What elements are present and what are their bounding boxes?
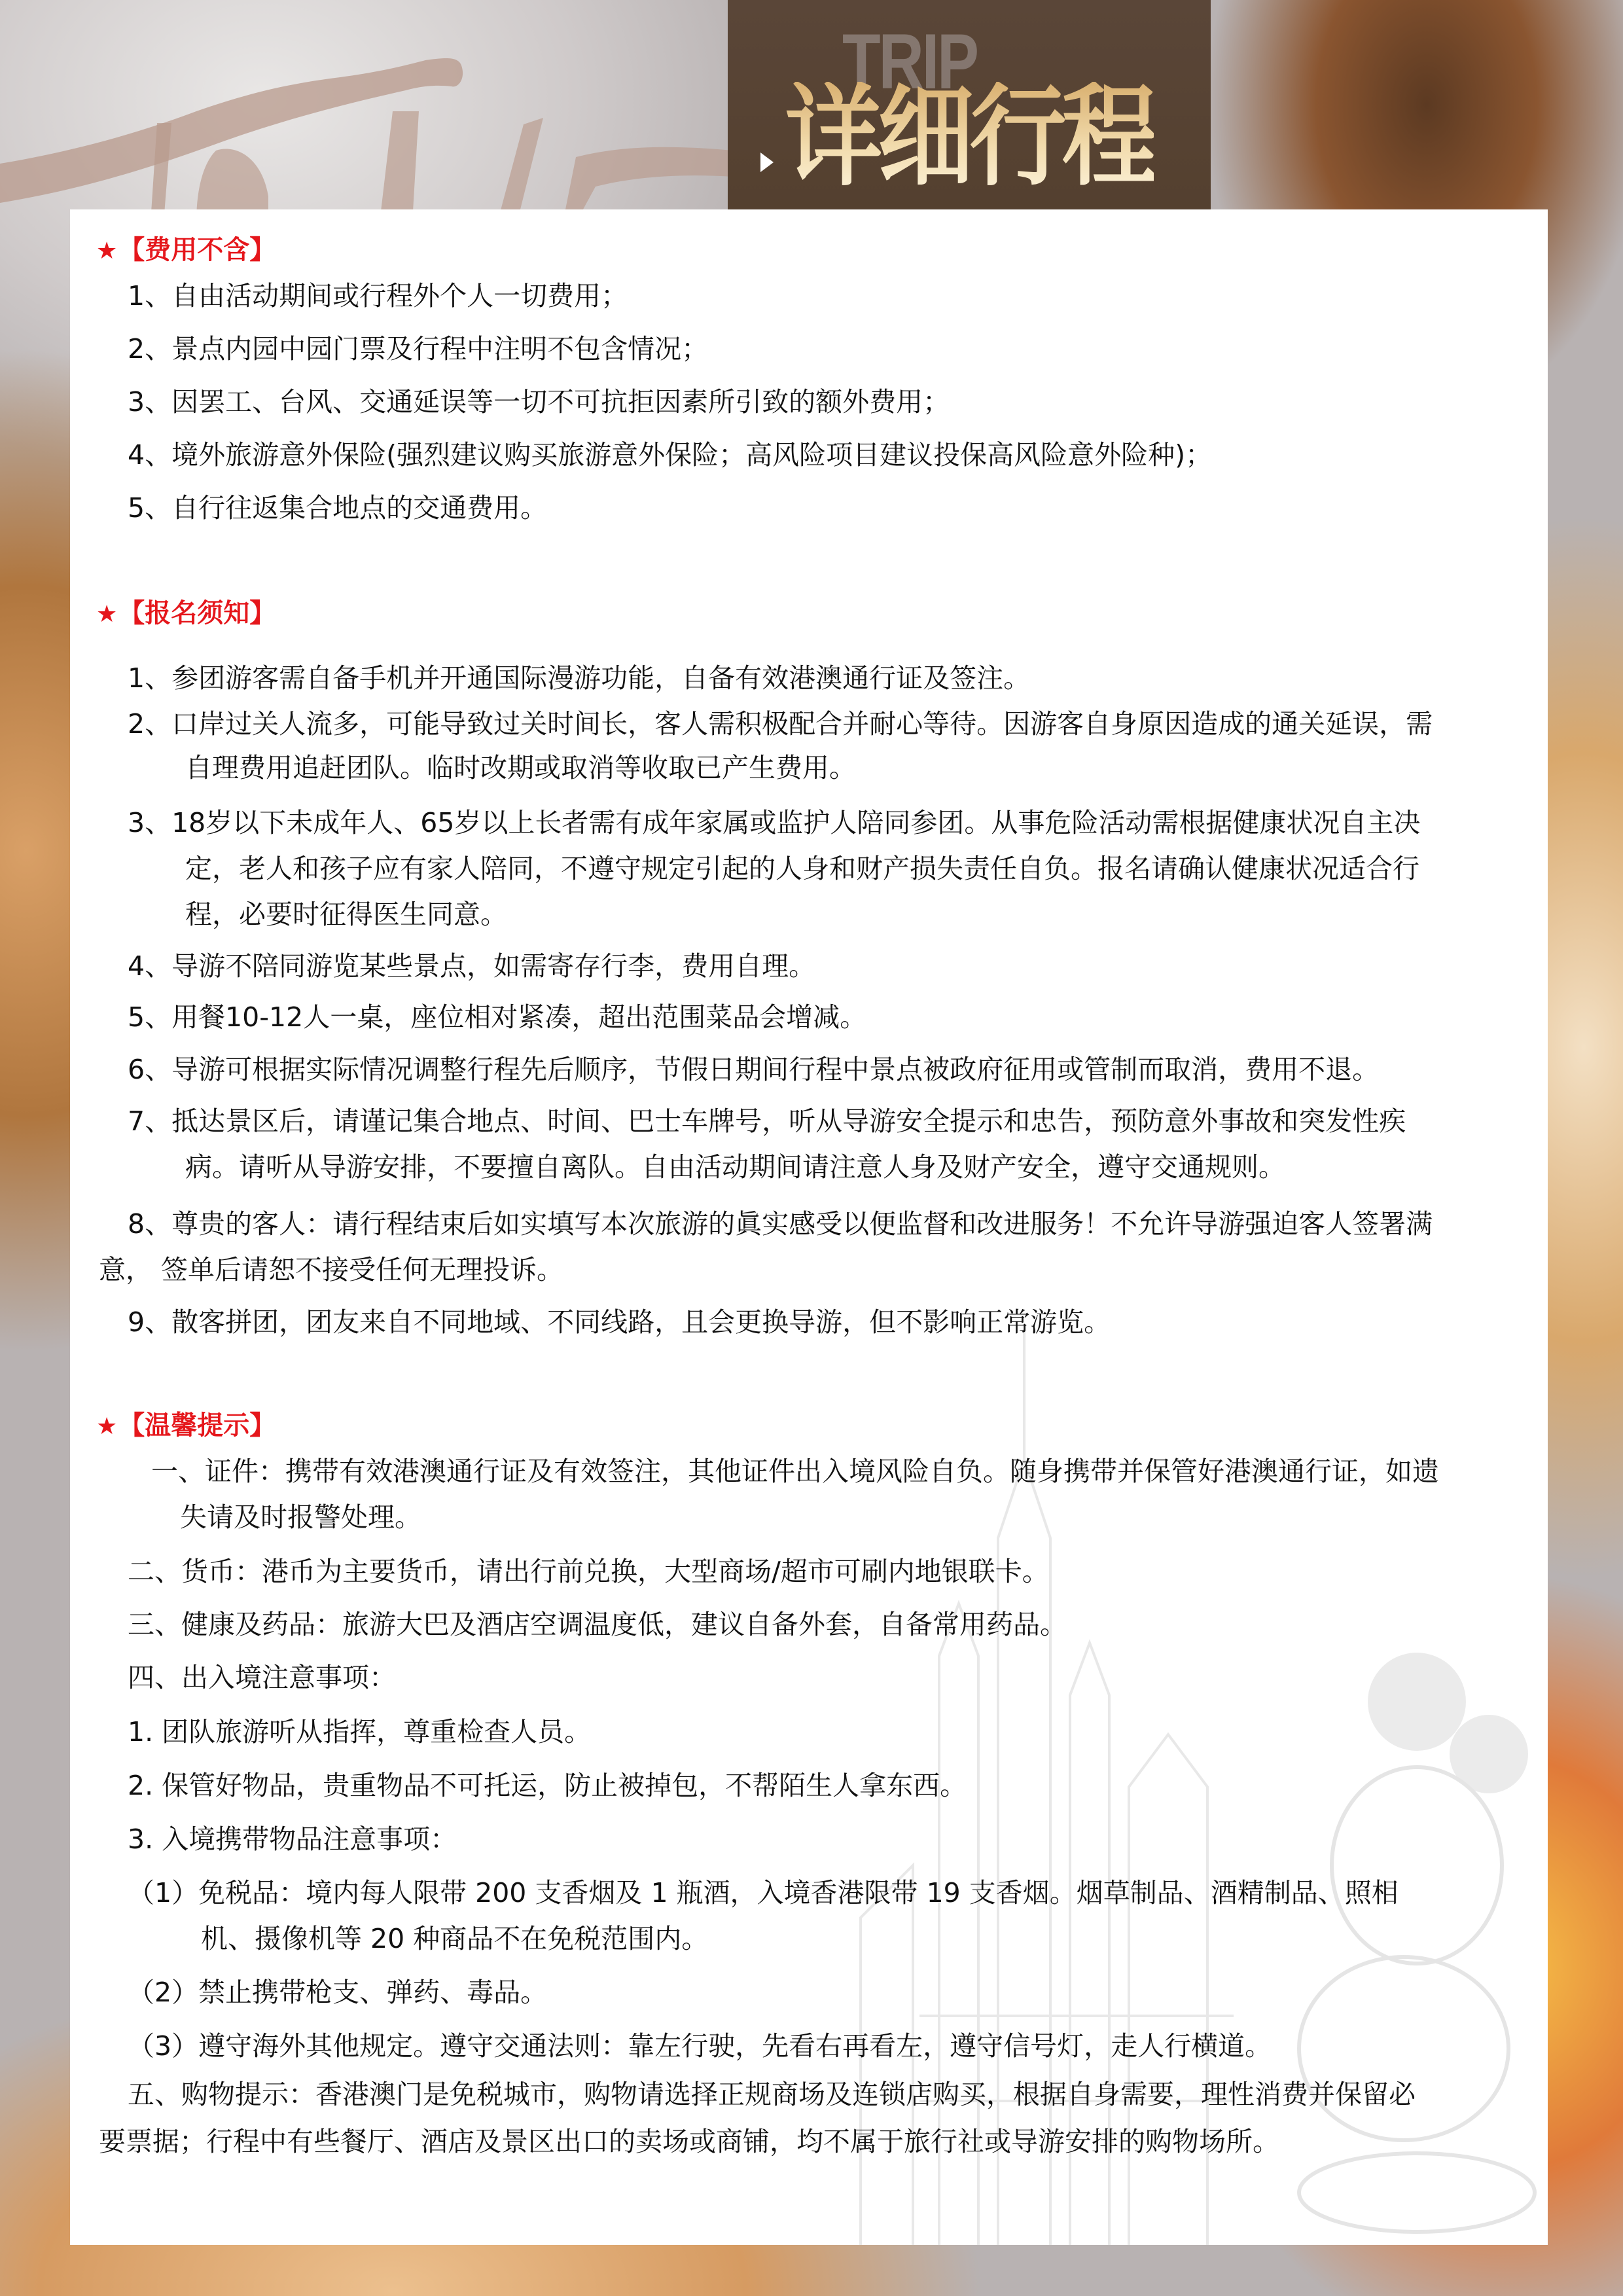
content-panel: ★【费用不含】 1、自由活动期间或行程外个人一切费用； 2、景点内园中园门票及行… — [70, 209, 1548, 2245]
list-item: 二、货币：港币为主要货币，请出行前兑换，大型商场/超市可刷内地银联卡。 — [128, 1558, 1049, 1585]
page-title: 详细行程 — [785, 82, 1154, 192]
list-item: 3. 入境携带物品注意事项： — [128, 1826, 457, 1853]
list-item-continuation: 失请及时报警处理。 — [180, 1504, 421, 1531]
list-item: 4、境外旅游意外保险(强烈建议购买旅游意外保险；高风险项目建议投保高风险意外险种… — [128, 442, 1212, 469]
list-item-continuation: 定，老人和孩子应有家人陪同，不遵守规定引起的人身和财产损失责任自负。报名请确认健… — [185, 855, 1419, 882]
list-item: 2、景点内园中园门票及行程中注明不包含情况； — [128, 336, 708, 363]
list-item-continuation: 意， 签单后请恕不接受任何无理投诉。 — [99, 1257, 563, 1283]
list-item: 6、导游可根据实际情况调整行程先后顺序，节假日期间行程中景点被政府征用或管制而取… — [128, 1056, 1379, 1083]
list-item: 5、用餐10-12人一桌，座位相对紧凑，超出范围菜品会增减。 — [128, 1004, 866, 1031]
play-triangle-icon — [760, 152, 774, 172]
star-icon: ★ — [96, 1413, 117, 1440]
header-banner: TRIP 详细行程 — [728, 0, 1211, 209]
list-item: （1）免税品：境内每人限带 200 支香烟及 1 瓶酒，入境香港限带 19 支香… — [128, 1880, 1399, 1907]
list-item: 1. 团队旅游听从指挥，尊重检查人员。 — [128, 1719, 591, 1746]
list-item: 四、出入境注意事项： — [128, 1664, 396, 1691]
list-item: 三、健康及药品：旅游大巴及酒店空调温度低，建议自备外套，自备常用药品。 — [128, 1611, 1067, 1638]
list-item: 2、口岸过关人流多，可能导致过关时间长，客人需积极配合并耐心等待。因游客自身原因… — [128, 711, 1433, 738]
section-title-friendly-tips: ★【温馨提示】 — [96, 1405, 276, 1442]
list-item: 1、参团游客需自备手机并开通国际漫游功能，自备有效港澳通行证及签注。 — [128, 665, 1030, 692]
list-item: 1、自由活动期间或行程外个人一切费用； — [128, 283, 628, 310]
list-item: 4、导游不陪同游览某些景点，如需寄存行李，费用自理。 — [128, 953, 815, 980]
list-item: 2. 保管好物品，贵重物品不可托运，防止被掉包，不帮陌生人拿东西。 — [128, 1772, 967, 1799]
list-item: 五、购物提示：香港澳门是免税城市，购物请选择正规商场及连锁店购买，根据自身需要，… — [128, 2081, 1416, 2108]
list-item: 3、18岁以下未成年人、65岁以上长者需有成年家属或监护人陪同参团。从事危险活动… — [128, 810, 1420, 836]
list-item: 7、抵达景区后，请谨记集合地点、时间、巴士车牌号，听从导游安全提示和忠告，预防意… — [128, 1108, 1406, 1135]
star-icon: ★ — [96, 601, 117, 628]
list-item: 3、因罢工、台风、交通延误等一切不可抗拒因素所引致的额外费用； — [128, 389, 950, 416]
star-icon: ★ — [96, 238, 117, 264]
calligraphy-decoration — [0, 52, 733, 223]
list-item: 5、自行往返集合地点的交通费用。 — [128, 495, 547, 522]
section-title-registration-notes: ★【报名须知】 — [96, 592, 276, 630]
list-item-continuation: 要票据；行程中有些餐厅、酒店及景区出口的卖场或商铺，均不属于旅行社或导游安排的购… — [99, 2128, 1279, 2155]
list-item: （3）遵守海外其他规定。遵守交通法则：靠左行驶，先看右再看左，遵守信号灯，走人行… — [128, 2033, 1272, 2060]
list-item: （2）禁止携带枪支、弹药、毒品。 — [128, 1979, 547, 2006]
list-item: 一、证件：携带有效港澳通行证及有效签注，其他证件出入境风险自负。随身携带并保管好… — [151, 1458, 1439, 1485]
list-item: 8、尊贵的客人：请行程结束后如实填写本次旅游的眞实感受以便监督和改进服务！不允许… — [128, 1211, 1433, 1238]
list-item-continuation: 自理费用追赶团队。临时改期或取消等收取已产生费用。 — [185, 755, 856, 781]
section-title-costs-excluded: ★【费用不含】 — [96, 229, 276, 266]
list-item-continuation: 机、摄像机等 20 种商品不在免税范围内。 — [201, 1926, 708, 1952]
list-item-continuation: 程，必要时征得医生同意。 — [185, 901, 507, 928]
list-item: 9、散客拼团，团友来自不同地域、不同线路，且会更换导游，但不影响正常游览。 — [128, 1309, 1111, 1336]
list-item-continuation: 病。请听从导游安排，不要擅自离队。自由活动期间请注意人身及财产安全，遵守交通规则… — [185, 1154, 1285, 1181]
